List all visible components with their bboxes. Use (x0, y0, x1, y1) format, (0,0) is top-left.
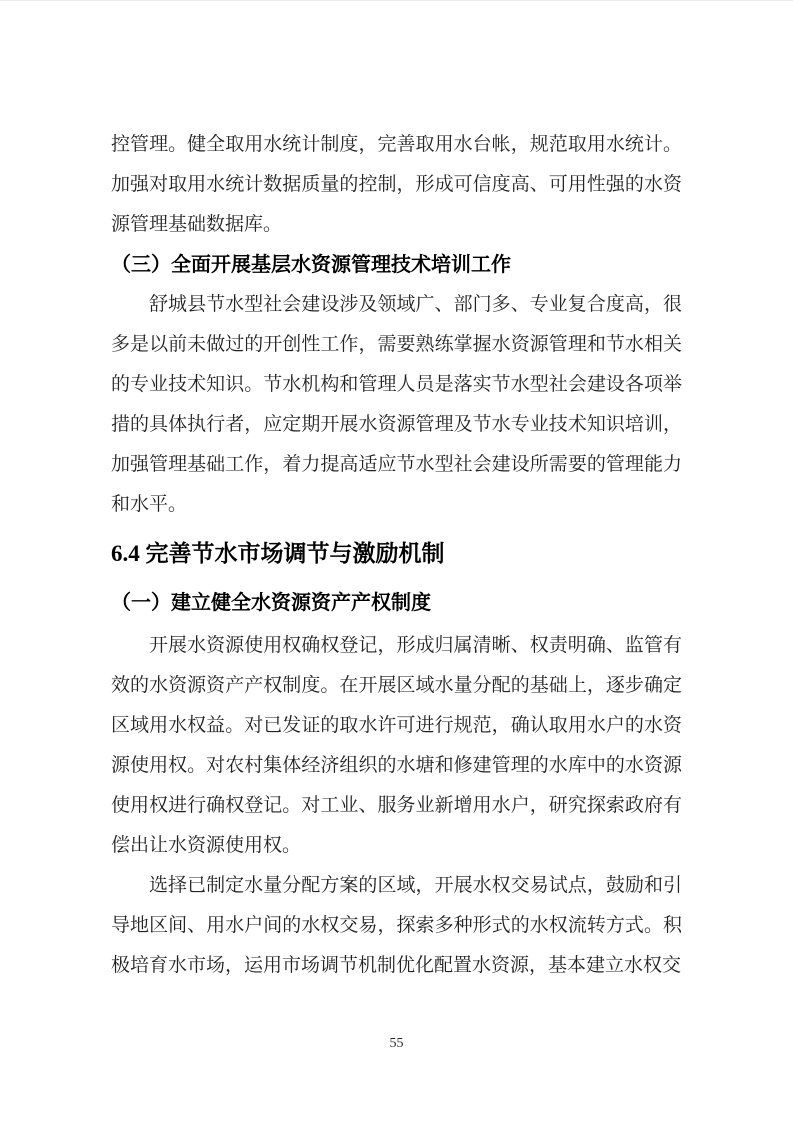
heading-sub-one: （一）建立健全水资源资产产权制度 (111, 583, 682, 623)
page-number: 55 (390, 1036, 404, 1051)
paragraph-continuation: 控管理。健全取用水统计制度，完善取用水台帐，规范取用水统计。加强对取用水统计数据… (111, 125, 682, 245)
document-content: 控管理。健全取用水统计制度，完善取用水台帐，规范取用水统计。加强对取用水统计数据… (111, 125, 682, 986)
heading-6-4: 6.4 完善节水市场调节与激励机制 (111, 531, 682, 577)
page-footer: 55 (0, 1035, 793, 1053)
heading-section-three: （三）全面开展基层水资源管理技术培训工作 (111, 245, 682, 285)
paragraph-training: 舒城县节水型社会建设涉及领域广、部门多、专业复合度高，很多是以前未做过的开创性工… (111, 285, 682, 525)
paragraph-water-trading: 选择已制定水量分配方案的区域，开展水权交易试点，鼓励和引导地区间、用水户间的水权… (111, 866, 682, 986)
document-page: 控管理。健全取用水统计制度，完善取用水台帐，规范取用水统计。加强对取用水统计数据… (0, 0, 793, 1122)
paragraph-water-rights: 开展水资源使用权确权登记，形成归属清晰、权责明确、监管有效的水资源资产产权制度。… (111, 626, 682, 866)
